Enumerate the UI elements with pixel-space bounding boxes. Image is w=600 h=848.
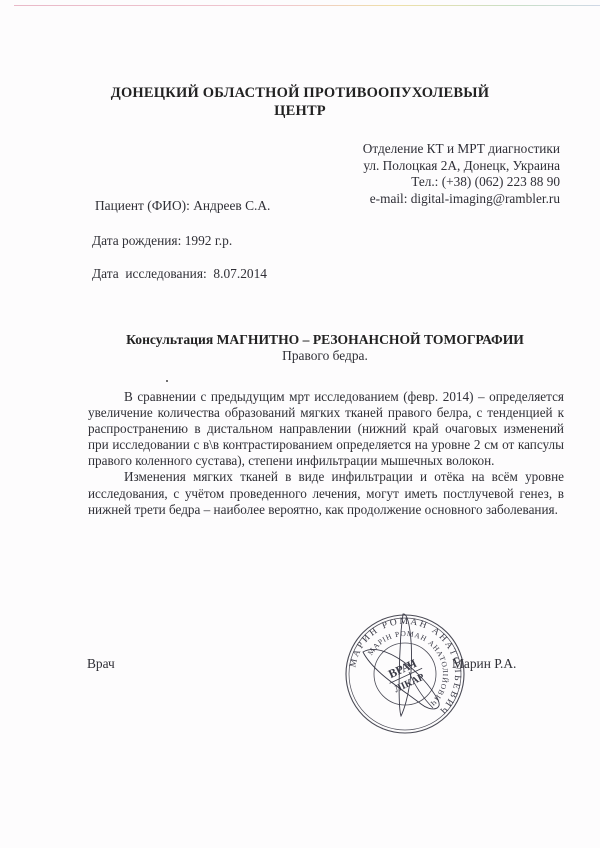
exam-date-field: Дата исследования: 8.07.2014 [92,266,267,282]
org-title-line-2: ЦЕНТР [0,102,600,120]
doctor-role-label: Врач [87,656,115,672]
org-title-line-1: ДОНЕЦКИЙ ОБЛАСТНОЙ ПРОТИВООПУХОЛЕВЫЙ [0,84,600,102]
consultation-title: Консультация МАГНИТНО – РЕЗОНАНСНОЙ ТОМО… [0,332,600,348]
report-paragraph-1: В сравнении с предыдущим мрт исследовани… [88,389,564,469]
patient-name-field: Пациент (ФИО): Андреев С.А. [95,198,270,214]
patient-name-label: Пациент (ФИО): [95,198,190,213]
birth-date-field: Дата рождения: 1992 г.р. [92,233,232,249]
consultation-subtitle: Правого бедра. [0,348,600,364]
report-body: В сравнении с предыдущим мрт исследовани… [88,389,564,518]
department-phone: Тел.: (+38) (062) 223 88 90 [363,174,560,191]
department-name: Отделение КТ и МРТ диагностики [363,141,560,158]
scan-edge-line [14,5,600,6]
birth-date-label: Дата рождения: [92,233,181,248]
exam-date-label: Дата исследования: [92,266,207,281]
department-email: e-mail: digital-imaging@rambler.ru [363,191,560,208]
department-address: ул. Полоцкая 2А, Донецк, Украина [363,158,560,175]
doctor-stamp-icon: МАРИН РОМАН АНАТОЛЬЕВИЧ МАРІН РОМАН АНАТ… [343,612,467,736]
patient-name-value: Андреев С.А. [193,198,270,213]
department-info: Отделение КТ и МРТ диагностики ул. Полоц… [363,141,560,207]
doctor-name: Марин Р.А. [452,656,516,672]
birth-date-value: 1992 г.р. [185,233,233,248]
scan-speck [166,380,168,382]
exam-date-value: 8.07.2014 [213,266,267,281]
organization-title: ДОНЕЦКИЙ ОБЛАСТНОЙ ПРОТИВООПУХОЛЕВЫЙ ЦЕН… [0,84,600,120]
report-paragraph-2: Изменения мягких тканей в виде инфильтра… [88,469,564,517]
